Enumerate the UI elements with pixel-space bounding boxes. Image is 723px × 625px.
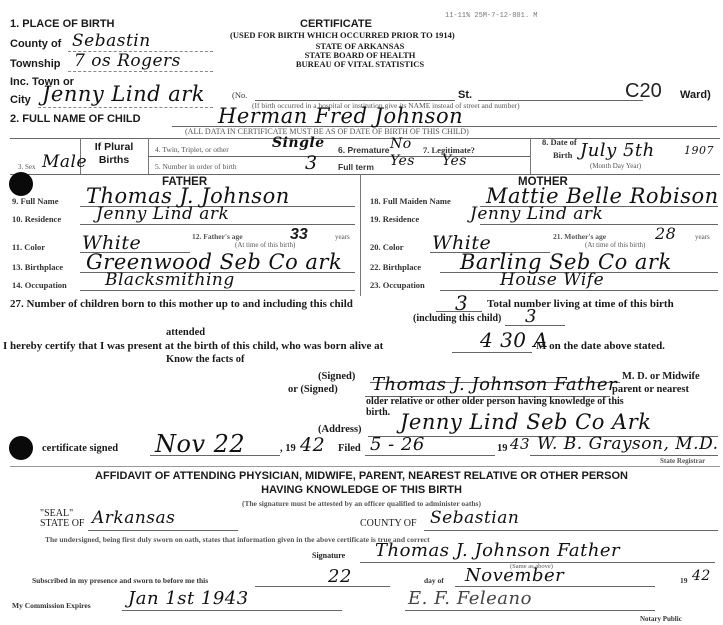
county-label: County of <box>10 38 61 50</box>
notary-signature: E. F. Feleano <box>408 588 532 609</box>
md-midwife-label: M. D. or Midwife <box>622 371 700 382</box>
twin-label: 4. Twin, Triplet, or other <box>155 145 229 154</box>
father-age-caption: (At time of this birth) <box>235 241 295 249</box>
sex-value: Male <box>42 152 87 172</box>
township-label: Township <box>10 58 61 70</box>
birth-date-value: July 5th <box>580 140 655 161</box>
commission-value: Jan 1st 1943 <box>128 588 249 609</box>
know-facts-label: Know the facts of <box>166 354 244 365</box>
living-value: 3 <box>525 306 537 327</box>
commission-label: My Commission Expires <box>12 601 91 610</box>
child-name-label: 2. FULL NAME OF CHILD <box>10 113 141 125</box>
filed-value: 5 - 26 <box>370 434 425 455</box>
living-label: Total number living at time of this birt… <box>487 298 674 310</box>
city-label: City <box>10 94 31 106</box>
certificate-title: CERTIFICATE <box>300 18 372 30</box>
filed-label: Filed <box>338 443 361 454</box>
father-color-label: 11. Color <box>12 242 45 252</box>
mother-birthplace-label: 22. Birthplace <box>370 262 421 272</box>
subscribed-label: Subscribed in my presence and sworn to b… <box>32 576 208 585</box>
plural-births-label: If Plural Births <box>86 141 142 167</box>
or-signed-label: or (Signed) <box>288 384 338 395</box>
affidavit-title-line2: HAVING KNOWLEDGE OF THIS BIRTH <box>0 484 723 496</box>
parent-nearest-label: parent or nearest <box>612 384 689 395</box>
city-value: Jenny Lind ark <box>42 82 205 106</box>
township-value: 7 os Rogers <box>74 51 181 71</box>
registrar-signature: W. B. Grayson, M.D. <box>537 434 719 454</box>
subscribed-year-prefix: 19 <box>680 576 688 585</box>
certify-statement-end: M on the date above stated. <box>536 340 665 352</box>
father-occupation-label: 14. Occupation <box>12 280 67 290</box>
subscribed-year-value: 42 <box>692 568 711 584</box>
subscribed-month-value: November <box>465 565 564 586</box>
day-of-label: day of <box>424 576 444 585</box>
birth-year-value: 1907 <box>684 144 714 157</box>
address-value: Jenny Lind Seb Co Ark <box>400 410 652 434</box>
mother-age-label: 21. Mother's age <box>553 232 606 241</box>
mother-residence-label: 19. Residence <box>370 214 419 224</box>
data-note: (ALL DATA IN CERTIFICATE MUST BE AS OF D… <box>185 127 469 136</box>
mother-age-value: 28 <box>655 224 676 243</box>
mother-color-label: 20. Color <box>370 242 404 252</box>
child-name-value: Herman Fred Johnson <box>218 104 463 128</box>
signed-year-prefix: , 19 <box>280 443 296 454</box>
attended-label: attended <box>166 327 205 338</box>
certificate-signed-value: Nov 22 <box>155 430 245 458</box>
father-name-label: 9. Full Name <box>12 196 59 206</box>
living-sublabel: (including this child) <box>413 313 501 324</box>
punch-hole <box>9 172 33 196</box>
form-code: 11-11% 25M-7-12-801. M <box>445 12 537 20</box>
parent-signature: Thomas J. Johnson Father <box>372 374 617 395</box>
father-age-label: 12. Father's age <box>192 232 243 241</box>
twin-value: Single <box>272 135 325 151</box>
mother-residence-value: Jenny Lind ark <box>470 204 603 224</box>
subscribed-day-value: 22 <box>328 566 352 587</box>
affidavit-title-line1: AFFIDAVIT OF ATTENDING PHYSICIAN, MIDWIF… <box>0 470 723 482</box>
birth-label: Birth <box>553 150 572 160</box>
order-label: 5. Number in order of birth <box>155 162 237 171</box>
mother-age-caption: (At time of this birth) <box>585 241 645 249</box>
birth-word: birth. <box>366 407 390 418</box>
filed-year-prefix: 19 <box>497 443 508 454</box>
children-count-value: 3 <box>455 291 468 315</box>
notary-public-label: Notary Public <box>640 615 682 623</box>
mother-occupation-label: 23. Occupation <box>370 280 425 290</box>
father-birthplace-label: 13. Birthplace <box>12 262 63 272</box>
father-occupation-value: Blacksmithing <box>105 270 235 290</box>
place-of-birth-label: 1. PLACE OF BIRTH <box>10 18 115 30</box>
relative-note: older relative or other older person hav… <box>366 396 624 407</box>
registrar-label: State Registrar <box>660 457 705 465</box>
certificate-signed-label: certificate signed <box>42 443 118 454</box>
punch-hole <box>9 436 33 460</box>
date-caption: (Month Day Year) <box>590 162 641 170</box>
filed-year-value: 43 <box>510 435 530 453</box>
mother-maiden-name-label: 18. Full Maiden Name <box>370 196 451 206</box>
affidavit-signature: Thomas J. Johnson Father <box>375 540 620 561</box>
affidavit-county-value: Sebastian <box>430 508 519 528</box>
premature-label: 6. Premature <box>338 145 390 155</box>
signed-label: (Signed) <box>318 371 355 382</box>
signed-year-value: 42 <box>300 434 325 456</box>
street-label: St. <box>458 89 472 101</box>
bureau-heading: BUREAU OF VITAL STATISTICS <box>285 59 435 69</box>
premature-value: No <box>390 136 412 152</box>
order-value: 3 <box>305 152 318 174</box>
affidavit-county-label: COUNTY OF <box>360 518 417 529</box>
fullterm-label: Full term <box>338 162 374 172</box>
mother-occupation-value: House Wife <box>500 270 604 290</box>
ward-label: Ward) <box>680 89 711 101</box>
affidavit-state-value: Arkansas <box>92 508 175 528</box>
street-number-label: (No. <box>232 90 247 100</box>
certificate-subtitle: (USED FOR BIRTH WHICH OCCURRED PRIOR TO … <box>230 30 455 40</box>
ward-value: C20 <box>625 80 662 103</box>
father-residence-label: 10. Residence <box>12 214 61 224</box>
attest-note: (The signature must be attested by an of… <box>0 499 723 508</box>
legitimate-value: Yes <box>442 153 467 169</box>
signature-label: Signature <box>312 551 345 560</box>
father-age-unit: years <box>335 233 350 241</box>
children-count-label: 27. Number of children born to this moth… <box>10 298 353 310</box>
father-residence-value: Jenny Lind ark <box>96 204 229 224</box>
county-value: Sebastin <box>72 31 151 51</box>
fullterm-value: Yes <box>390 153 415 169</box>
certify-statement: I hereby certify that I was present at t… <box>3 340 383 352</box>
sex-label: 3. Sex <box>18 163 36 171</box>
oath-text: The undersigned, being first duly sworn … <box>45 535 430 544</box>
mother-age-unit: years <box>695 233 710 241</box>
date-label: 8. Date of <box>542 137 577 147</box>
affidavit-state-label: STATE OF <box>40 518 84 529</box>
